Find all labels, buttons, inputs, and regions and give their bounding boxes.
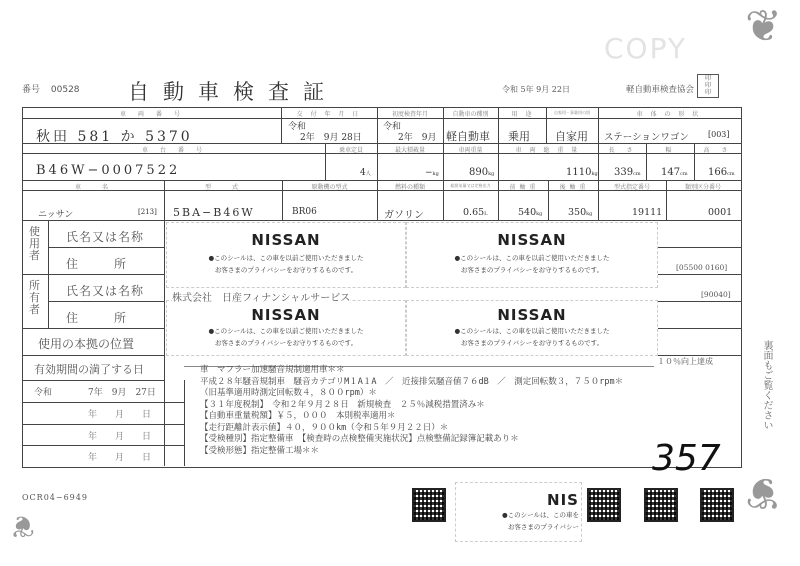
remark-line: 【受検形態】指定整備工場＊＊ [200, 446, 623, 458]
label-capacity: 乗車定員 [325, 145, 377, 154]
length-value: 339cm [614, 167, 641, 178]
private-business: 自家用 [555, 128, 588, 144]
seal-text-line2: お客さまのプライバシー [456, 521, 581, 533]
label-owner-name: 氏名又は名称 [66, 282, 144, 299]
qr-code [412, 488, 446, 522]
model: 5BA−B46W [173, 206, 255, 219]
label-owner: 所有者 [29, 280, 43, 316]
weight-value: 890kg [469, 167, 494, 178]
remarks-block: 車 マフラー加速騒音規制適用車＊＊平成２８年騒音規制車 騒音カテゴリM１A１A … [200, 365, 623, 457]
engine-model: BR06 [292, 207, 317, 217]
seal-text-line1: ●このシールは、この車を以前ご使用いただきました [407, 252, 657, 264]
certificate-number: 番号 00528 [22, 82, 80, 95]
official-seal-stamp: 印印印 [697, 74, 719, 98]
label-width: 幅 [646, 145, 694, 154]
rear-axle-weight: 350kg [568, 207, 592, 218]
label-gross-weight: 車 両 総 重 量 [498, 145, 598, 154]
document-title: 自動車検査証 [128, 76, 338, 106]
blank-date-row: 年 月 日 [88, 450, 151, 463]
nissan-logo: NISSAN [407, 231, 657, 249]
label-fuel: 燃料の種類 [377, 182, 443, 191]
label-chassis-number: 車 台 番 号 [22, 145, 325, 154]
emission-note: １０％向上達成 [657, 356, 713, 367]
issuer-name: 軽自動車検査協会 [626, 83, 694, 95]
label-model: 型 式 [164, 182, 282, 191]
label-height: 高 さ [694, 145, 740, 154]
label-expiry: 有効期間の満了する日 [34, 361, 144, 377]
privacy-seal: NISSAN ●このシールは、この車を以前ご使用いただきました お客さまのプライ… [166, 300, 406, 356]
label-user-address: 住 所 [66, 255, 126, 272]
expiry-era: 令和 [34, 385, 52, 398]
seal-text-line1: ●このシールは、この車を以前ご使用いただきました [167, 325, 405, 337]
seal-text-line2: お客さまのプライバシーをお守りするものです。 [407, 337, 657, 349]
side-note: 裏面もご覧ください [760, 340, 772, 430]
remark-line: （旧基準適用時測定回転数４，８００rpm）＊ [200, 388, 623, 400]
label-engine: 原動機の型式 [282, 182, 377, 191]
label-owner-address: 住 所 [66, 309, 126, 326]
label-private-business: 自家用・事業用の別 [546, 110, 598, 116]
corner-flourish-icon: ❦ [745, 470, 782, 514]
label-user: 使用者 [29, 226, 43, 262]
corner-flourish-icon: ❦ [745, 5, 782, 49]
width-value: 147cm [661, 167, 688, 178]
corner-flourish-icon: ❦ [10, 510, 35, 540]
label-category: 類別区分番号 [666, 182, 740, 191]
label-weight: 車両重量 [443, 145, 498, 154]
capacity-value: 4人 [360, 168, 371, 178]
seal-text-line2: お客さまのプライバシーをお守りするものです。 [407, 264, 657, 276]
category-number: 0001 [708, 207, 732, 218]
remark-line: 【受検種別】指定整備車 【検査時の点検整備実施状況】点検整備記録簿記載あり＊ [200, 434, 623, 446]
label-base-location: 使用の本拠の位置 [38, 335, 134, 352]
vehicle-type: 軽自動車 [446, 128, 490, 144]
blank-date-row: 年 月 日 [88, 429, 151, 442]
qr-code [644, 488, 678, 522]
label-vehicle-number: 車 両 番 号 [22, 109, 281, 118]
owner-name-visible: 株式会社 日産フィナンシャルサービス [172, 289, 350, 304]
nissan-logo: NIS [456, 491, 581, 509]
fuel-type: ガソリン [384, 206, 424, 221]
seal-text-line1: ●このシールは、この車を以前ご使用いただきました [167, 252, 405, 264]
label-max-load: 最大積載量 [377, 145, 443, 154]
seal-text-line2: お客さまのプライバシーをお守りするものです。 [167, 337, 405, 349]
handwritten-number: 357 [652, 438, 721, 479]
nissan-logo: NISSAN [167, 231, 405, 249]
nissan-logo: NISSAN [407, 306, 657, 324]
remark-line: 【走行距離計表示値】４０，９００km（令和５年９月２２日）＊ [200, 423, 623, 435]
seal-text-line1: ●このシールは、この車を [456, 509, 581, 521]
privacy-seal: NISSAN ●このシールは、この車を以前ご使用いただきました お客さまのプライ… [166, 222, 406, 288]
label-type-designation: 型式指定番号 [598, 182, 666, 191]
label-user-name: 氏名又は名称 [66, 228, 144, 245]
max-load-value: −kg [425, 168, 439, 178]
chassis-number: B46W−0007522 [36, 163, 180, 178]
number-label: 番号 [22, 85, 40, 95]
remark-line: 【自動車重量税額】￥５，０００ 本則税率適用＊ [200, 411, 623, 423]
vehicle-number: 秋田 581 か 5370 [36, 126, 193, 146]
displacement: 0.65L [463, 207, 487, 218]
remark-line: 【３１年度税制】 令和２年９月２８日 新規検査 ２５％減税措置済み＊ [200, 400, 623, 412]
label-body-shape: 車 体 の 形 状 [598, 109, 740, 118]
nissan-logo: NISSAN [167, 306, 405, 324]
qr-code [700, 488, 734, 522]
gross-weight-value: 1110kg [566, 167, 598, 178]
seal-text-line1: ●このシールは、この車を以前ご使用いただきました [407, 325, 657, 337]
label-vehicle-type: 自動車の種別 [443, 109, 498, 118]
user-address-code: [05500 0160] [676, 263, 727, 272]
label-displacement: 総排気量又は定格出力 [443, 183, 498, 189]
seal-text-line2: お客さまのプライバシーをお守りするものです。 [167, 264, 405, 276]
label-usage: 用 途 [498, 109, 546, 118]
qr-code [587, 488, 621, 522]
owner-code: [90040] [701, 290, 731, 299]
label-first-registration: 初度検査年月 [377, 109, 443, 118]
label-front-axle: 前 軸 重 [498, 182, 548, 191]
privacy-seal: NISSAN ●このシールは、この車を以前ご使用いただきました お客さまのプライ… [406, 222, 658, 288]
copy-watermark: COPY [604, 32, 687, 65]
car-name-code: [213] [138, 208, 157, 216]
label-rear-axle: 後 軸 重 [548, 182, 598, 191]
privacy-seal-partial: NIS ●このシールは、この車を お客さまのプライバシー [455, 482, 582, 542]
number-value: 00528 [51, 85, 80, 95]
privacy-seal: NISSAN ●このシールは、この車を以前ご使用いただきました お客さまのプライ… [406, 300, 658, 356]
expiry-date: 7年 9月 27日 [88, 385, 156, 398]
remark-line: 平成２８年騒音規制車 騒音カテゴリM１A１A ／ 近接排気騒音値７６dB ／ 測… [200, 377, 623, 389]
label-issue-date: 交 付 年 月 日 [281, 109, 377, 118]
height-value: 166cm [708, 167, 735, 178]
usage: 乗用 [508, 128, 530, 144]
type-designation-number: 19111 [632, 207, 662, 218]
blank-date-row: 年 月 日 [88, 407, 151, 420]
remark-line: 車 マフラー加速騒音規制適用車＊＊ [200, 365, 623, 377]
ocr-code: OCR04−6949 [22, 493, 88, 502]
label-length: 長 さ [598, 145, 646, 154]
first-registration-value: 2年 9月 [398, 130, 436, 143]
issue-date-value: 2年 9月 28日 [300, 130, 362, 143]
label-car-name: 車 名 [22, 182, 164, 191]
front-axle-weight: 540kg [518, 207, 542, 218]
certificate-issue-date: 令和 5年 9月 22日 [502, 84, 570, 95]
body-shape: ステーションワゴン [604, 129, 689, 143]
car-name: ニッサン [38, 207, 73, 220]
body-shape-code: [003] [708, 130, 730, 139]
